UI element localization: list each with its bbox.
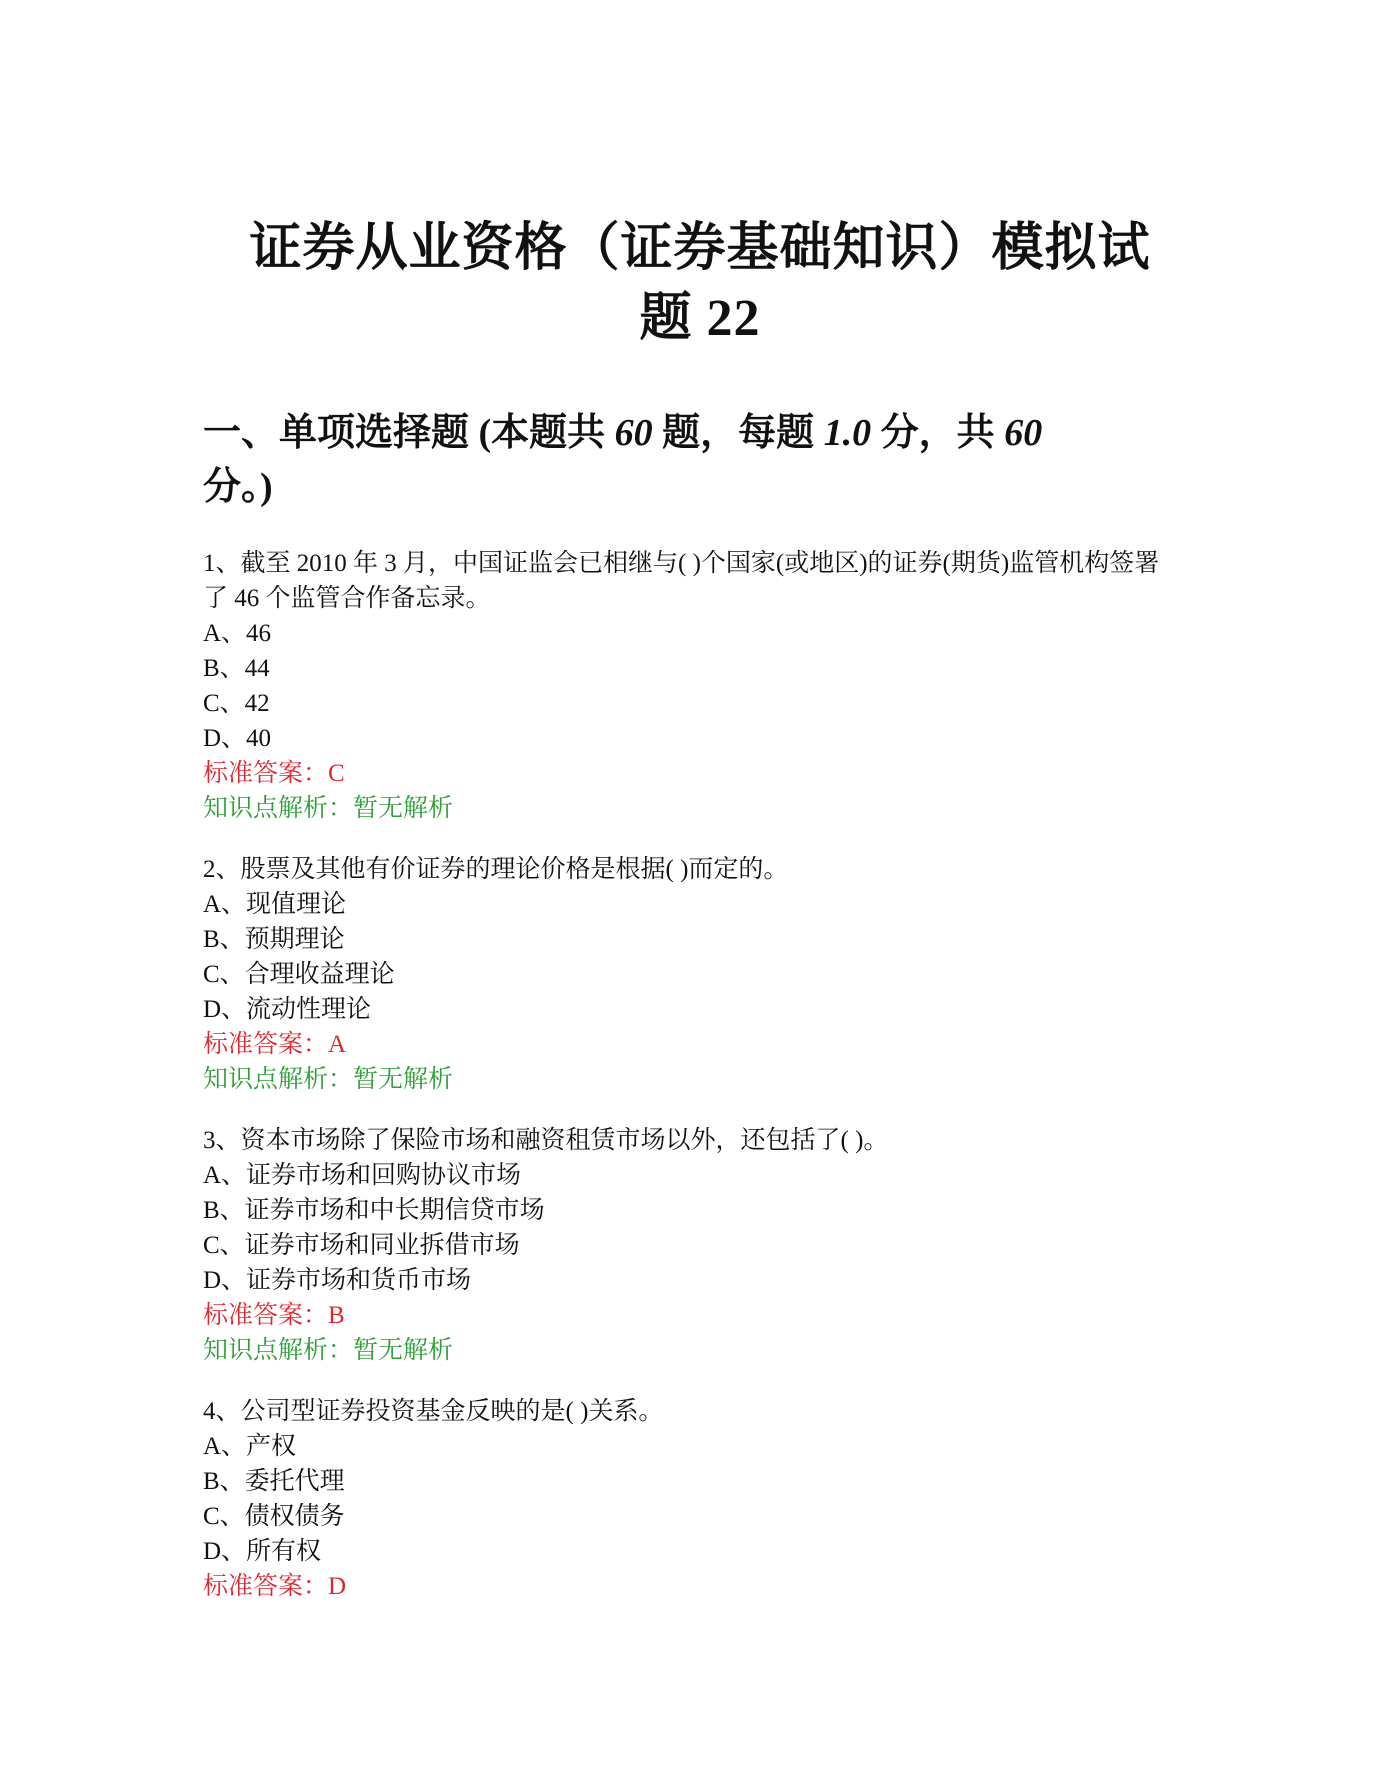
- question-3: 3、资本市场除了保险市场和融资租赁市场以外，还包括了( )。 A、证券市场和回购…: [203, 1123, 1163, 1368]
- option-b: B、委托代理: [203, 1464, 1163, 1499]
- section-prefix: 一、单项选择题 (本题共: [203, 412, 615, 454]
- standard-answer: 标准答案：D: [203, 1569, 1163, 1604]
- analysis: 知识点解析：暂无解析: [203, 1333, 1163, 1368]
- option-c: C、合理收益理论: [203, 957, 1163, 992]
- option-d: D、证券市场和货币市场: [203, 1263, 1163, 1298]
- section-mid2: 分，共: [871, 412, 1004, 454]
- option-d: D、流动性理论: [203, 992, 1163, 1027]
- question-stem: 2、股票及其他有价证券的理论价格是根据( )而定的。: [203, 852, 1163, 887]
- section-suffix: 分。): [203, 466, 273, 508]
- analysis: 知识点解析：暂无解析: [203, 791, 1163, 826]
- section-mid1: 题，每题: [653, 412, 824, 454]
- title-line-1: 证券从业资格（证券基础知识）模拟试: [200, 214, 1200, 284]
- question-stem: 3、资本市场除了保险市场和融资租赁市场以外，还包括了( )。: [203, 1123, 1163, 1158]
- option-b: B、证券市场和中长期信贷市场: [203, 1193, 1163, 1228]
- question-list: 1、截至 2010 年 3 月，中国证监会已相继与( )个国家(或地区)的证券(…: [203, 546, 1163, 1630]
- section-heading: 一、单项选择题 (本题共 60 题，每题 1.0 分，共 60 分。): [203, 406, 1123, 514]
- analysis: 知识点解析：暂无解析: [203, 1062, 1163, 1097]
- option-a: A、46: [203, 616, 1163, 651]
- score-each: 1.0: [824, 412, 872, 454]
- option-c: C、42: [203, 686, 1163, 721]
- question-stem: 1、截至 2010 年 3 月，中国证监会已相继与( )个国家(或地区)的证券(…: [203, 546, 1163, 616]
- score-total: 60: [1004, 412, 1042, 454]
- document-page: 证券从业资格（证券基础知识）模拟试 题 22 一、单项选择题 (本题共 60 题…: [0, 0, 1384, 1791]
- question-2: 2、股票及其他有价证券的理论价格是根据( )而定的。 A、现值理论 B、预期理论…: [203, 852, 1163, 1097]
- option-a: A、现值理论: [203, 887, 1163, 922]
- question-stem: 4、公司型证券投资基金反映的是( )关系。: [203, 1394, 1163, 1429]
- standard-answer: 标准答案：A: [203, 1027, 1163, 1062]
- question-4: 4、公司型证券投资基金反映的是( )关系。 A、产权 B、委托代理 C、债权债务…: [203, 1394, 1163, 1604]
- option-c: C、债权债务: [203, 1499, 1163, 1534]
- standard-answer: 标准答案：C: [203, 756, 1163, 791]
- option-d: D、所有权: [203, 1534, 1163, 1569]
- document-title: 证券从业资格（证券基础知识）模拟试 题 22: [200, 214, 1200, 354]
- question-count: 60: [615, 412, 653, 454]
- option-a: A、证券市场和回购协议市场: [203, 1158, 1163, 1193]
- question-1: 1、截至 2010 年 3 月，中国证监会已相继与( )个国家(或地区)的证券(…: [203, 546, 1163, 826]
- option-b: B、44: [203, 651, 1163, 686]
- title-line-2: 题 22: [200, 284, 1200, 354]
- standard-answer: 标准答案：B: [203, 1298, 1163, 1333]
- option-d: D、40: [203, 721, 1163, 756]
- option-b: B、预期理论: [203, 922, 1163, 957]
- option-a: A、产权: [203, 1429, 1163, 1464]
- option-c: C、证券市场和同业拆借市场: [203, 1228, 1163, 1263]
